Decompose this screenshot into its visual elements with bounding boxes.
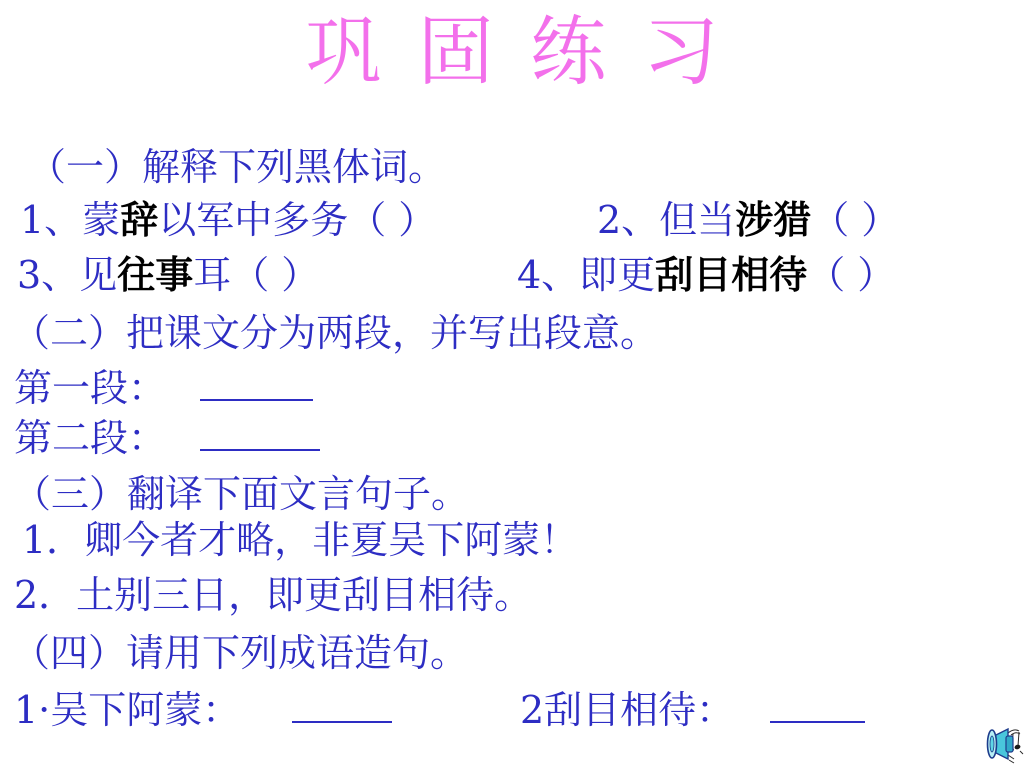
q1-bold-word: 辞 — [120, 198, 158, 242]
idiom2-label: 2刮目相待： — [520, 688, 734, 732]
speaker-with-music-notes-icon[interactable] — [984, 721, 1024, 767]
q2-bold-word: 涉猎 — [735, 198, 811, 242]
q3-bold-word: 往事 — [117, 253, 193, 297]
paragraph2-line: 第二段： — [14, 417, 320, 461]
q4-post: （ ） — [807, 253, 895, 297]
q2-post: （ ） — [811, 198, 899, 242]
blank-line — [770, 691, 865, 723]
presentation-slide: 巩固练习 （一）解释下列黑体词。 1、蒙辞以军中多务（ ） 2、但当涉猎（ ） … — [0, 0, 1024, 768]
question-1: 1、蒙辞以军中多务（ ） — [20, 199, 436, 243]
section1-heading: （一）解释下列黑体词。 — [28, 146, 446, 190]
paragraph1-label: 第一段： — [14, 366, 166, 410]
q3-pre: 3、见 — [17, 253, 117, 297]
paragraph1-line: 第一段： — [14, 367, 313, 411]
question-3: 3、见往事耳（ ） — [17, 254, 319, 298]
slide-title: 巩固练习 — [0, 8, 1024, 95]
blank-line — [292, 691, 392, 723]
translate-sentence-2: 2．土别三日，即更刮目相待。 — [14, 574, 532, 618]
idiom2-line: 2刮目相待： — [520, 689, 865, 733]
section3-heading: （三）翻译下面文言句子。 — [13, 473, 469, 517]
idiom1-line: 1·吴下阿蒙： — [14, 689, 392, 733]
q1-post: 以军中多务（ ） — [158, 198, 436, 242]
q4-bold-word: 刮目相待 — [655, 253, 807, 297]
question-4: 4、即更刮目相待（ ） — [517, 254, 895, 298]
blank-line — [200, 369, 313, 401]
section4-heading: （四）请用下列成语造句。 — [12, 632, 468, 676]
paragraph2-label: 第二段： — [14, 416, 166, 460]
q4-pre: 4、即更 — [517, 253, 655, 297]
q1-pre: 1、蒙 — [20, 198, 120, 242]
section2-heading: （二）把课文分为两段，并写出段意。 — [12, 312, 658, 356]
blank-line — [200, 419, 320, 451]
question-2: 2、但当涉猎（ ） — [597, 199, 899, 243]
q3-post: 耳（ ） — [193, 253, 319, 297]
translate-sentence-1: 1．卿今者才略，非夏吴下阿蒙！ — [22, 519, 578, 563]
q2-pre: 2、但当 — [597, 198, 735, 242]
idiom1-label: 1·吴下阿蒙： — [14, 688, 240, 732]
